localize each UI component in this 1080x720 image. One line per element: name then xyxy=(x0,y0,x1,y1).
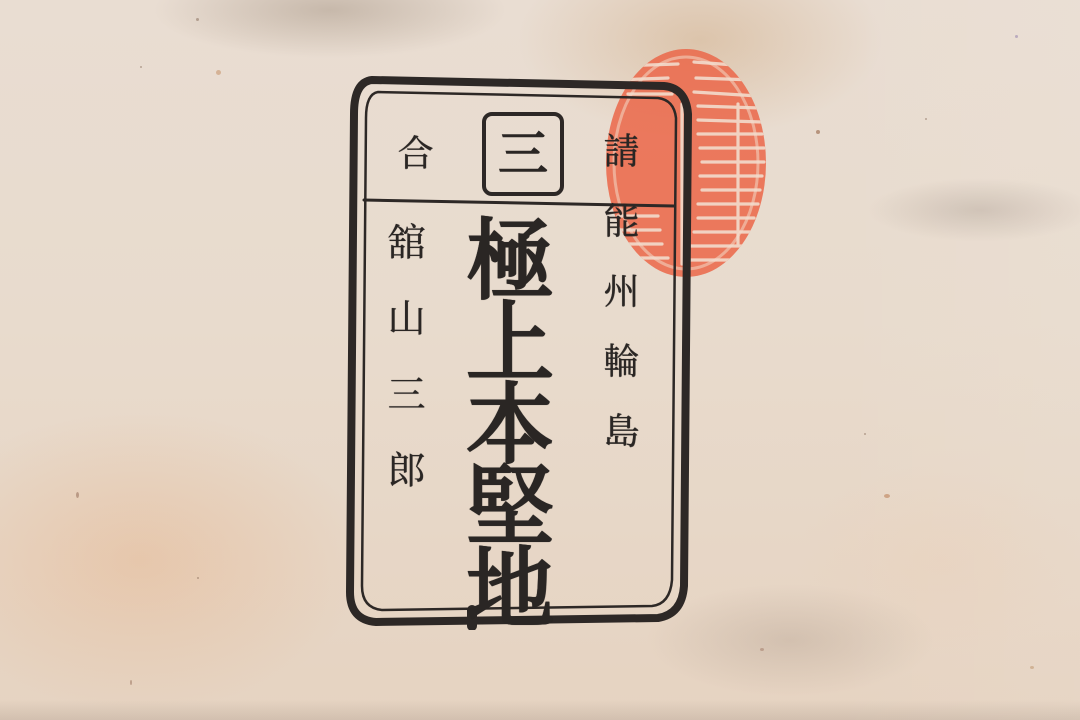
number-box-char: 三 xyxy=(486,116,560,192)
paper-speck xyxy=(925,118,927,120)
paper-speck xyxy=(140,66,142,68)
paper-background: 合 三 舘山三郎 極上本堅地 請能州輪島 xyxy=(0,0,1080,720)
paper-speck xyxy=(76,492,79,498)
paper-speck xyxy=(760,648,764,651)
paper-speck xyxy=(884,494,890,498)
paper-speck xyxy=(864,433,866,435)
paper-speck xyxy=(130,680,132,685)
paper-speck xyxy=(816,130,820,134)
paper-speck xyxy=(1030,666,1034,669)
product-label: 合 三 舘山三郎 極上本堅地 請能州輪島 xyxy=(342,74,694,630)
paper-sheen-right xyxy=(820,0,1080,720)
number-box: 三 xyxy=(482,112,564,196)
paper-speck xyxy=(197,577,199,579)
grade-mark: 合 xyxy=(394,134,430,170)
paper-speck xyxy=(1015,35,1018,38)
paper-speck xyxy=(196,18,199,21)
maker-name: 舘山三郎 xyxy=(384,222,422,526)
product-name: 極上本堅地 xyxy=(460,214,548,624)
paper-shadow-bottom xyxy=(0,700,1080,720)
origin-text: 請能州輪島 xyxy=(600,132,636,482)
paper-speck xyxy=(216,70,221,75)
